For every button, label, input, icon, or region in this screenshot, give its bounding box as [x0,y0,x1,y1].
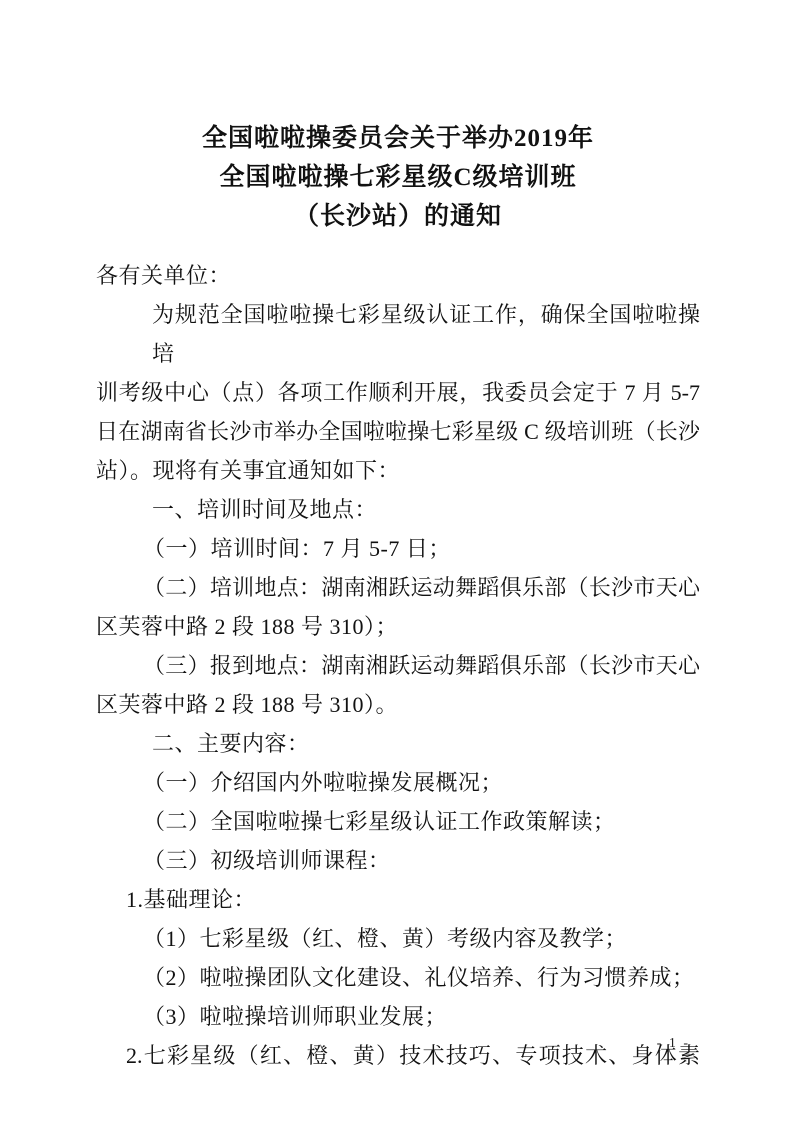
body-line: （三）报到地点：湖南湘跃运动舞蹈俱乐部（长沙市天心 [96,646,700,685]
document-title: 全国啦啦操委员会关于举办2019年 全国啦啦操七彩星级C级培训班 （长沙站）的通… [96,119,700,236]
body-line: （一）培训时间：7 月 5-7 日； [96,529,700,568]
body-line: 日在湖南省长沙市举办全国啦啦操七彩星级 C 级培训班（长沙 [96,412,700,451]
body-line: （1）七彩星级（红、橙、黄）考级内容及教学； [96,919,700,958]
document-page: 全国啦啦操委员会关于举办2019年 全国啦啦操七彩星级C级培训班 （长沙站）的通… [0,0,793,1122]
document-content: 全国啦啦操委员会关于举办2019年 全国啦啦操七彩星级C级培训班 （长沙站）的通… [0,119,793,1075]
body-line: 区芙蓉中路 2 段 188 号 310）； [96,607,700,646]
body-line: 区芙蓉中路 2 段 188 号 310）。 [96,685,700,724]
body-line-salutation: 各有关单位： [96,256,700,295]
body-line: 站）。现将有关事宜通知如下： [96,451,700,490]
body-line: （二）培训地点：湖南湘跃运动舞蹈俱乐部（长沙市天心 [96,568,700,607]
body-line: （三）初级培训师课程： [96,841,700,880]
document-body: 各有关单位： 为规范全国啦啦操七彩星级认证工作，确保全国啦啦操培 训考级中心（点… [96,256,700,1075]
title-line-1: 全国啦啦操委员会关于举办2019年 [96,119,700,158]
body-line: 训考级中心（点）各项工作顺利开展，我委员会定于 7 月 5-7 [96,373,700,412]
body-line: （二）全国啦啦操七彩星级认证工作政策解读； [96,802,700,841]
title-line-2: 全国啦啦操七彩星级C级培训班 [96,158,700,197]
body-line: （2）啦啦操团队文化建设、礼仪培养、行为习惯养成； [96,958,700,997]
page-number: - 1 - [96,1036,700,1052]
body-line-section-1: 一、培训时间及地点： [96,490,700,529]
body-line-section-2: 二、主要内容： [96,724,700,763]
body-line: 为规范全国啦啦操七彩星级认证工作，确保全国啦啦操培 [96,295,700,373]
body-line: 1.基础理论： [96,880,700,919]
title-line-3: （长沙站）的通知 [96,197,700,236]
body-line: （3）啦啦操培训师职业发展； [96,997,700,1036]
body-line: （一）介绍国内外啦啦操发展概况； [96,763,700,802]
